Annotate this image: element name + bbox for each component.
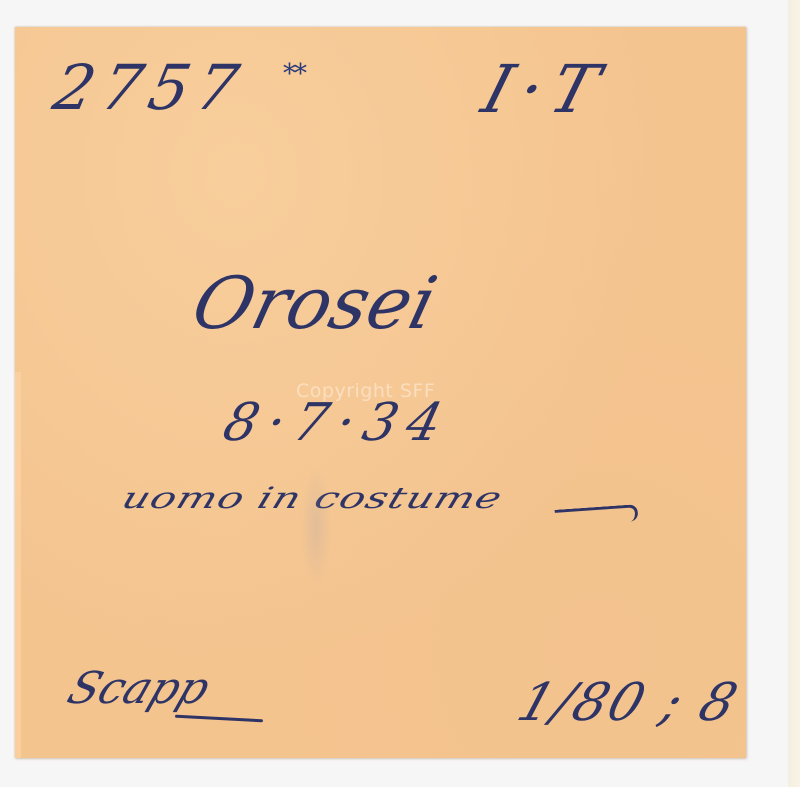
catalog-star-marks: ** bbox=[283, 61, 305, 87]
copyright-watermark: Copyright SFF bbox=[296, 380, 435, 402]
section-code: I·T bbox=[476, 57, 616, 123]
caption-flourish bbox=[555, 504, 639, 527]
signature-underline bbox=[175, 715, 263, 723]
subject-caption: uomo in costume bbox=[118, 483, 506, 512]
photographer-signature: Scapp bbox=[62, 667, 215, 711]
place-name: Orosei bbox=[186, 267, 443, 339]
catalog-number: 2757 bbox=[48, 57, 251, 119]
scan-background-edge bbox=[788, 0, 800, 787]
photo-date: 8·7·34 bbox=[219, 397, 457, 449]
exposure-settings: 1/80 ; 8 bbox=[512, 677, 745, 729]
